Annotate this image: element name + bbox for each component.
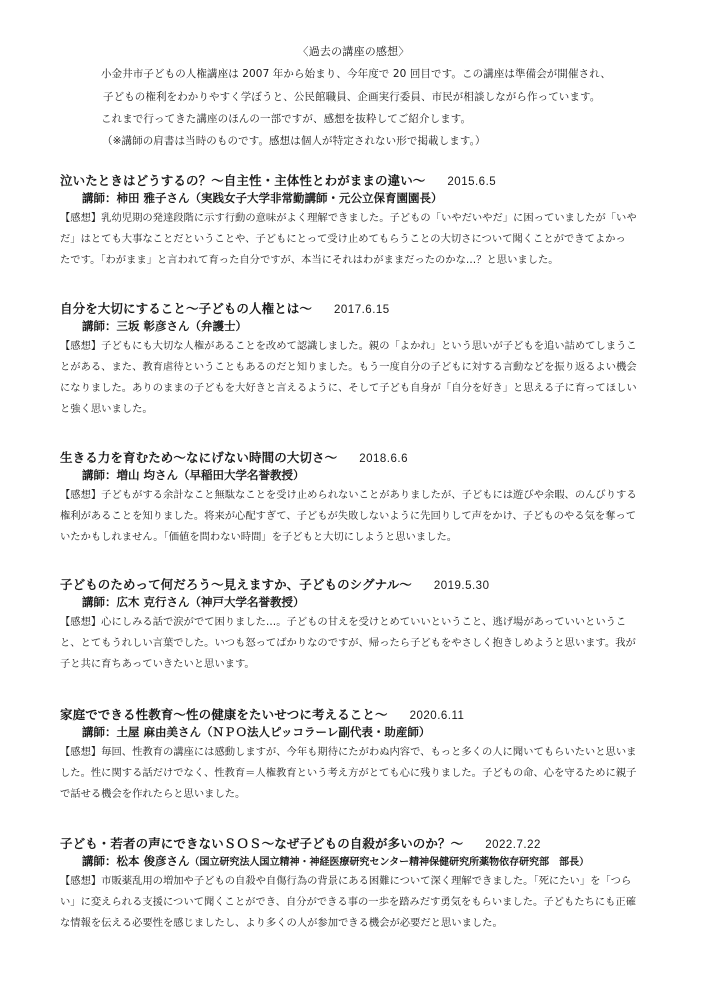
lecturer-affiliation: （国立研究法人国立精神・神経医療研究センター精神保健研究所薬物依存研究部 部長） (190, 857, 590, 868)
lecturer-prefix: 講師： (82, 468, 117, 482)
intro-line: 小金井市子どもの人権講座は 2007 年から始まり、今年度で 20 回目です。こ… (101, 66, 611, 81)
impression-line: で話せる機会を作れたらと思いました。 (60, 784, 660, 805)
intro-line: 子どもの権利をわかりやすく学ぼうと、公民館職員、企画実行委員、市民が相談しながら… (103, 89, 600, 104)
impression-line: 【感想】毎回、性教育の講座には感動しますが、今年も期待にたがわぬ内容で、もっと多… (60, 742, 660, 763)
lecture-heading: 自分を大切にすること～子どもの人権とは～ 2017.6.15 (60, 299, 660, 317)
lecturer-affiliation: （早稲田大学名誉教授） (178, 468, 305, 482)
lecture-heading: 子ども・若者の声にできないＳＯＳ～なぜ子どもの自殺が多いのか？～ 2022.7.… (60, 834, 660, 852)
lecturer-prefix: 講師： (82, 319, 117, 333)
impression-line: 【感想】子どもにも大切な人権があることを改めて認識しました。親の「よかれ」という… (60, 336, 660, 357)
impression-line: たです。「わがまま」と言われて育った自分ですが、本当にそれはわがままだったのかな… (60, 250, 660, 271)
impression-line: 子と共に育ちあっていきたいと思います。 (60, 654, 660, 675)
lecturer-prefix: 講師： (82, 725, 117, 739)
lecturer-name: 土屋 麻由美さん (117, 725, 202, 739)
lecture-entry: 家庭でできる性教育～性の健康をたいせつに考えること～ 2020.6.11 講師：… (60, 705, 660, 805)
lecture-heading: 家庭でできる性教育～性の健康をたいせつに考えること～ 2020.6.11 (60, 705, 660, 723)
impression-text: 【感想】乳幼児期の発達段階に示す行動の意味がよく理解できました。子どもの「いやだ… (60, 208, 660, 271)
lecture-title: 子ども・若者の声にできないＳＯＳ～なぜ子どもの自殺が多いのか？～ (60, 834, 463, 852)
lecturer-info: 講師：三坂 彰彦さん（弁護士） (82, 317, 660, 336)
impression-line: とがある、また、教育虐待ということもあるのだと知りました。もう一度自分の子どもに… (60, 357, 660, 378)
lecturer-prefix: 講師： (82, 595, 117, 609)
impression-line: 【感想】乳幼児期の発達段階に示す行動の意味がよく理解できました。子どもの「いやだ… (60, 208, 660, 229)
impression-line: い」に変えられる支援について聞くことができ、自分ができる事の一歩を踏みだす勇気を… (60, 892, 660, 913)
lecturer-name: 増山 均さん (117, 468, 179, 482)
lecture-entry: 自分を大切にすること～子どもの人権とは～ 2017.6.15 講師：三坂 彰彦さ… (60, 299, 660, 420)
lecture-entry: 生きる力を育むため～なにげない時間の大切さ～ 2018.6.6 講師：増山 均さ… (60, 448, 660, 548)
lecture-date: 2017.6.15 (334, 304, 390, 316)
lecture-date: 2018.6.6 (359, 453, 408, 465)
impression-line: した。性に関する話だけでなく、性教育＝人権教育という考え方がとても心に残りました… (60, 763, 660, 784)
lecture-date: 2015.6.5 (447, 176, 496, 188)
impression-text: 【感想】子どもがする余計なこと無駄なことを受け止められないことがありましたが、子… (60, 485, 660, 548)
impression-text: 【感想】子どもにも大切な人権があることを改めて認識しました。親の「よかれ」という… (60, 336, 660, 420)
lecture-title: 家庭でできる性教育～性の健康をたいせつに考えること～ (60, 705, 388, 723)
lecture-heading: 子どものためって何だろう～見えますか、子どものシグナル～ 2019.5.30 (60, 575, 660, 593)
lecturer-name: 柿田 雅子さん (117, 191, 190, 205)
lecturer-info: 講師：柿田 雅子さん（実践女子大学非常勤講師・元公立保育園園長） (82, 189, 660, 208)
impression-line: な情報を伝える必要性を感じましたし、より多くの人が参加できる機会が必要だと思いま… (60, 913, 660, 934)
lecturer-info: 講師：増山 均さん（早稲田大学名誉教授） (82, 466, 660, 485)
impression-line: 権利があることを知りました。将来が心配すぎて、子どもが失敗しないように先回りして… (60, 506, 660, 527)
lecturer-prefix: 講師： (82, 854, 117, 868)
lecture-title: 泣いたときはどうするの？～自主性・主体性とわがままの違い～ (60, 171, 425, 189)
lecturer-prefix: 講師： (82, 191, 117, 205)
impression-line: と強く思いました。 (60, 399, 660, 420)
lecturer-affiliation: （実践女子大学非常勤講師・元公立保育園園長） (190, 191, 443, 205)
lecturer-affiliation: （弁護士） (190, 319, 248, 333)
lecture-date: 2019.5.30 (434, 580, 490, 592)
lecture-date: 2020.6.11 (410, 710, 465, 722)
intro-line: （※講師の肩書は当時のものです。感想は個人が特定されない形で掲載します。） (102, 133, 486, 148)
impression-line: と、とてもうれしい言葉でした。いつも怒ってばかりなのですが、帰ったら子どもをやさ… (60, 633, 660, 654)
lecturer-name: 松本 俊彦さん (117, 854, 190, 868)
lecture-heading: 泣いたときはどうするの？～自主性・主体性とわがままの違い～ 2015.6.5 (60, 171, 660, 189)
lecturer-name: 広木 克行さん (117, 595, 190, 609)
lecturer-affiliation: （神戸大学名誉教授） (190, 595, 305, 609)
lecture-entry: 子どものためって何だろう～見えますか、子どものシグナル～ 2019.5.30 講… (60, 575, 660, 675)
lecture-title: 子どものためって何だろう～見えますか、子どものシグナル～ (60, 575, 412, 593)
lecture-entry: 子ども・若者の声にできないＳＯＳ～なぜ子どもの自殺が多いのか？～ 2022.7.… (60, 834, 660, 934)
lecturer-name: 三坂 彰彦さん (117, 319, 190, 333)
impression-text: 【感想】心にしみる話で涙がでて困りました…。子どもの甘えを受けとめていいというこ… (60, 612, 660, 675)
document-page: 〈過去の講座の感想〉 小金井市子どもの人権講座は 2007 年から始まり、今年度… (0, 0, 707, 1000)
impression-line: 【感想】子どもがする余計なこと無駄なことを受け止められないことがありましたが、子… (60, 485, 660, 506)
lecture-title: 自分を大切にすること～子どもの人権とは～ (60, 299, 312, 317)
impression-line: 【感想】市販薬乱用の増加や子どもの自殺や自傷行為の背景にある困難について深く理解… (60, 871, 660, 892)
impression-line: になりました。ありのままの子どもを大好きと言えるように、そして子ども自身が「自分… (60, 378, 660, 399)
section-title: 〈過去の講座の感想〉 (0, 43, 707, 59)
lecture-entry: 泣いたときはどうするの？～自主性・主体性とわがままの違い～ 2015.6.5 講… (60, 171, 660, 271)
lecturer-affiliation: （ＮＰＯ法人ピッコラーレ副代表・助産師） (201, 725, 430, 739)
lecturer-info: 講師：松本 俊彦さん（国立研究法人国立精神・神経医療研究センター精神保健研究所薬… (82, 852, 660, 871)
impression-line: だ」はとても大事なことだということや、子どもにとって受け止めてもらうことの大切さ… (60, 229, 660, 250)
lecture-title: 生きる力を育むため～なにげない時間の大切さ～ (60, 448, 337, 466)
intro-line: これまで行ってきた講座のほんの一部ですが、感想を抜粋してご紹介します。 (101, 111, 471, 126)
lecture-date: 2022.7.22 (485, 839, 541, 851)
impression-text: 【感想】毎回、性教育の講座には感動しますが、今年も期待にたがわぬ内容で、もっと多… (60, 742, 660, 805)
lecturer-info: 講師：土屋 麻由美さん（ＮＰＯ法人ピッコラーレ副代表・助産師） (82, 723, 660, 742)
impression-line: いたかもしれません。「価値を問わない時間」を子どもと大切にしようと思いました。 (60, 527, 660, 548)
impression-text: 【感想】市販薬乱用の増加や子どもの自殺や自傷行為の背景にある困難について深く理解… (60, 871, 660, 934)
lecture-heading: 生きる力を育むため～なにげない時間の大切さ～ 2018.6.6 (60, 448, 660, 466)
impression-line: 【感想】心にしみる話で涙がでて困りました…。子どもの甘えを受けとめていいというこ… (60, 612, 660, 633)
lecturer-info: 講師：広木 克行さん（神戸大学名誉教授） (82, 593, 660, 612)
